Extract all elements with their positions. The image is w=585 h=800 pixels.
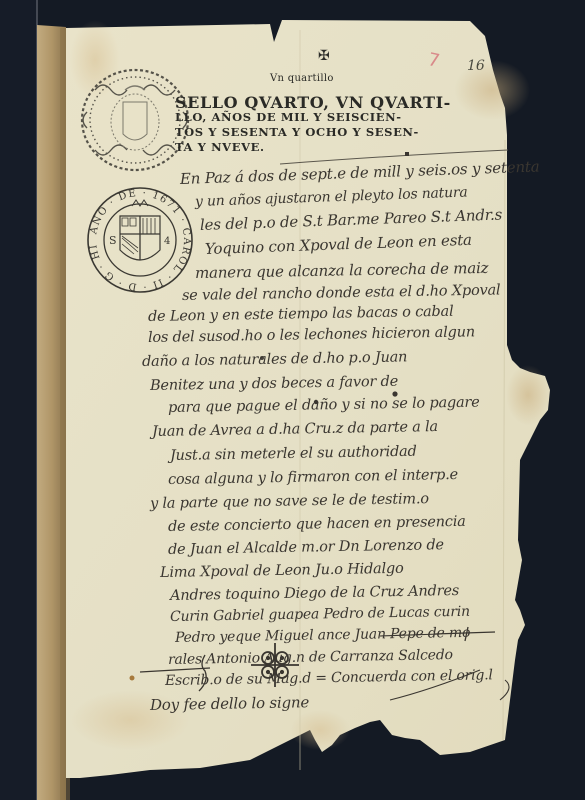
manuscript-line: les del p.o de S.t Bar.me Pareo S.t Andr… [200,205,503,234]
manuscript-line: para que pague el daño y si no se lo pag… [168,395,480,416]
manuscript-line: de Juan el Alcalde m.or Dn Lorenzo de [168,537,444,558]
manuscript-line: Pedro yeque Miguel ance Juan Pepe de mo [175,625,471,646]
manuscript-line: y un años ajustaron el pleyto los natura [195,184,468,210]
manuscript-page: S 4 ANO · DE · 1671 · CAROL · II · D · G… [0,0,585,800]
manuscript-line: Doy fee dello lo signe [150,693,309,714]
manuscript-line: los del susod.ho o les lechones hicieron… [148,324,475,346]
manuscript-line: Benitez una y dos beces a favor de [150,374,398,394]
manuscript-line: Andres toquino Diego de la Cruz Andres [170,583,459,604]
manuscript-line: rales Antonio Aug.n de Carranza Salcedo [168,647,453,668]
manuscript-line: En Paz á dos de sept.e de mill y seis.os… [180,157,540,188]
manuscript-line: Juan de Avrea a d.ha Cru.z da parte a la [152,419,438,440]
manuscript-line: manera que alcanza la corecha de maiz [195,259,489,282]
manuscript-line: Just.a sin meterle el su authoridad [170,444,417,464]
manuscript-line: y la parte que no save se le de testim.o [150,491,429,512]
manuscript-line: de este concierto que hacen en presencia [168,514,466,535]
manuscript-line: daño a los naturales de d.ho p.o Juan [142,349,408,370]
manuscript-line: de Leon y en este tiempo las bacas o cab… [148,304,454,325]
manuscript-line: Lima Xpoval de Leon Ju.o Hidalgo [160,561,404,581]
manuscript-body: En Paz á dos de sept.e de mill y seis.os… [0,0,585,800]
manuscript-line: Yoquino con Xpoval de Leon en esta [205,231,472,258]
manuscript-line: cosa alguna y lo firmaron con el interp.… [168,467,458,488]
manuscript-line: Curin Gabriel guapea Pedro de Lucas curi… [170,604,470,625]
manuscript-line: Escrib.o de su Mag.d = Concuerda con el … [165,667,493,689]
manuscript-line: se vale del rancho donde esta el d.ho Xp… [182,282,501,304]
